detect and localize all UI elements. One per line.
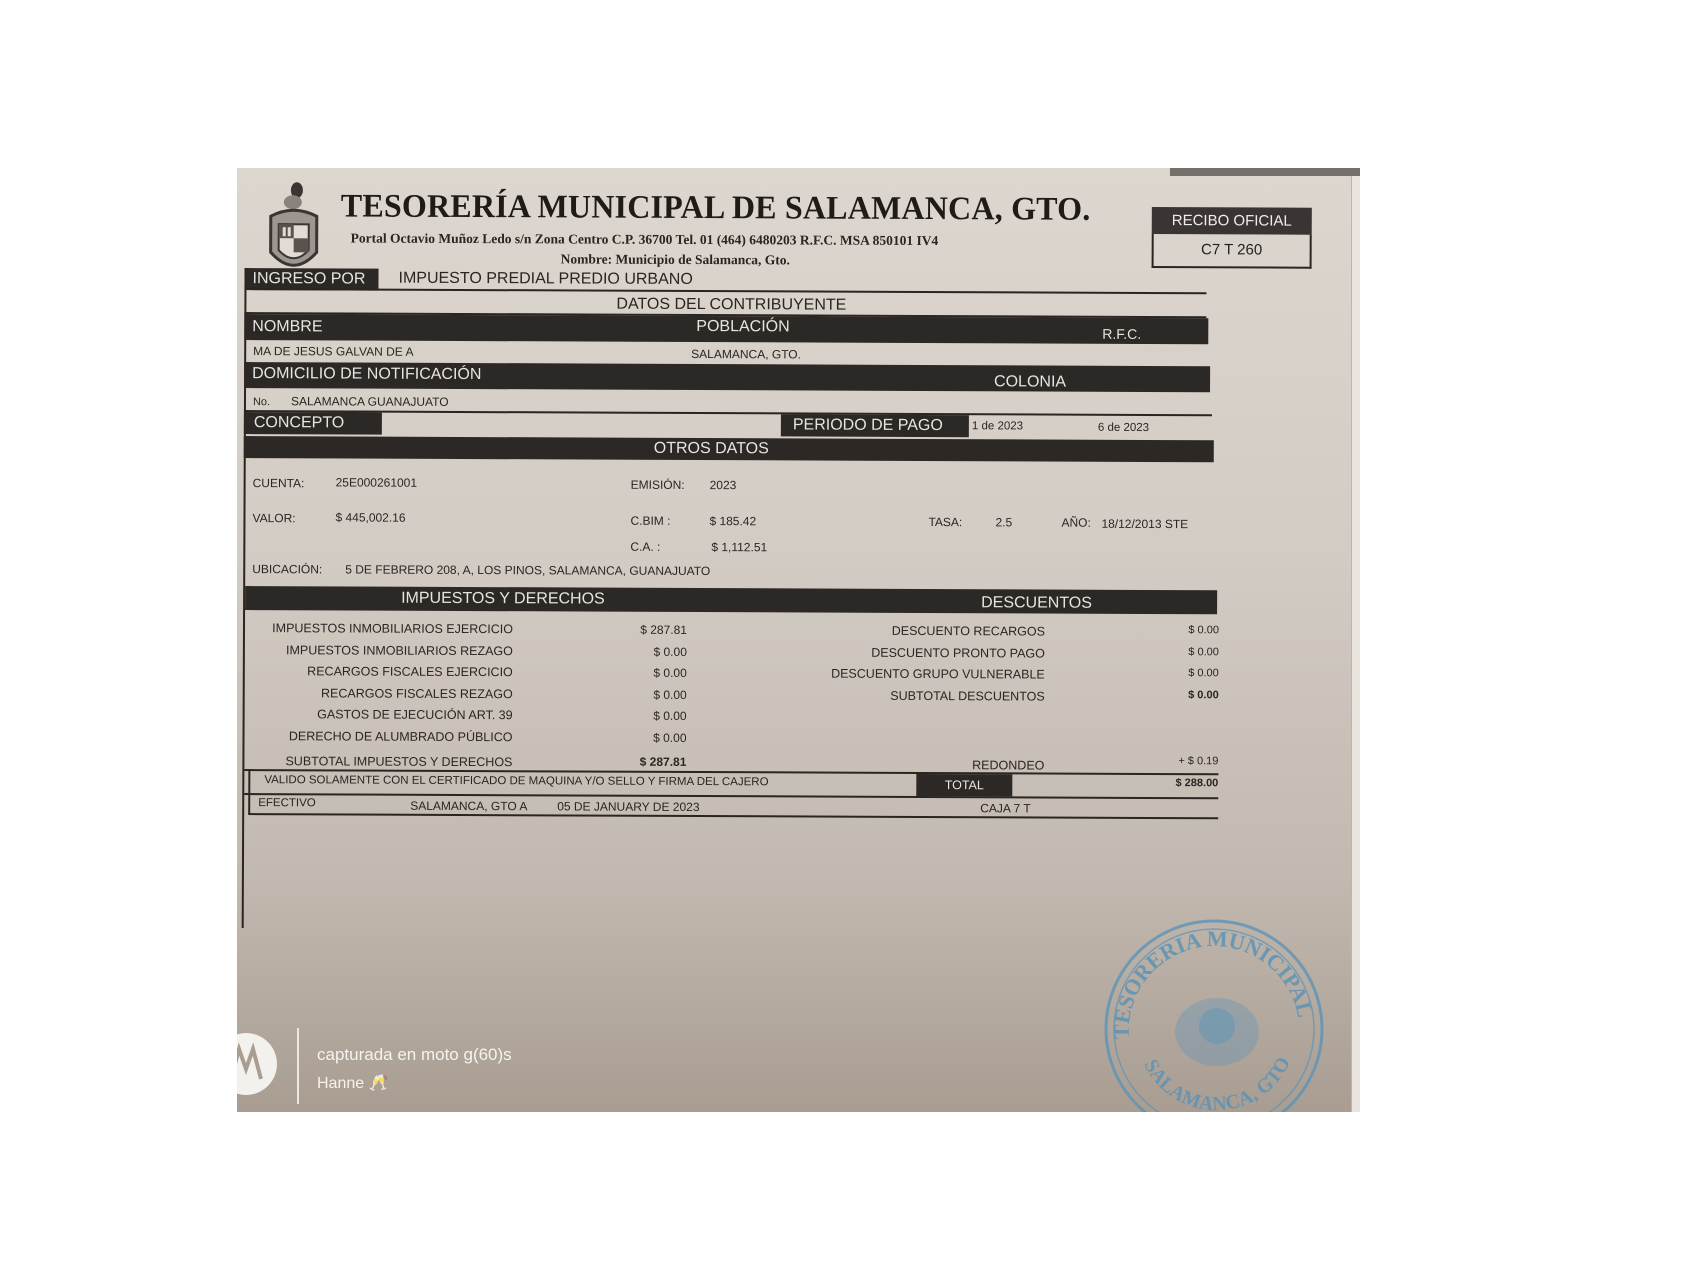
- descuento-item-label: DESCUENTO RECARGOS: [795, 623, 1045, 638]
- caja: CAJA 7 T: [980, 801, 1031, 815]
- concepto-label: CONCEPTO: [244, 412, 382, 435]
- periodo-hasta: 6 de 2023: [1098, 422, 1149, 434]
- redondeo-label: REDONDEO: [854, 758, 1044, 773]
- official-receipt-label: RECIBO OFICIAL: [1152, 207, 1312, 235]
- footer-left-border: [248, 769, 250, 814]
- anio-value: 18/12/2013 STE: [1101, 517, 1188, 531]
- camera-watermark: capturada en moto g(60)s Hanne 🥂: [237, 1013, 637, 1103]
- ubicacion-label: UBICACIÓN:: [252, 562, 322, 576]
- domicilio-label: DOMICILIO DE NOTIFICACIÓN: [252, 365, 481, 384]
- ca-value: $ 1,112.51: [711, 540, 767, 554]
- total-label: TOTAL: [916, 774, 1012, 796]
- cbim-value: $ 185.42: [709, 514, 756, 528]
- treasury-address: Portal Octavio Muñoz Ledo s/n Zona Centr…: [351, 230, 939, 249]
- descuento-item-value: $ 0.00: [1135, 624, 1219, 636]
- cuenta-value: 25E000261001: [336, 475, 417, 489]
- subtotal-impuestos-label: SUBTOTAL IMPUESTOS Y DERECHOS: [254, 754, 512, 769]
- subtotal-descuentos-value: $ 0.00: [1135, 688, 1219, 700]
- domicilio-value: SALAMANCA GUANAJUATO: [291, 394, 449, 409]
- cbim-label: C.BIM :: [630, 514, 670, 528]
- ca-label: C.A. :: [630, 540, 660, 554]
- descuentos-title: DESCUENTOS: [981, 594, 1092, 612]
- descuento-item-label: DESCUENTO GRUPO VULNERABLE: [795, 666, 1045, 681]
- colonia-label: COLONIA: [994, 373, 1066, 391]
- impuestos-title: IMPUESTOS Y DERECHOS: [401, 590, 605, 609]
- subtotal-descuentos-label: SUBTOTAL DESCUENTOS: [795, 688, 1045, 703]
- impuesto-item-value: $ 0.00: [615, 644, 687, 658]
- official-receipt-number: C7 T 260: [1152, 234, 1312, 269]
- rfc-label: R.F.C.: [1102, 326, 1141, 342]
- treasury-stamp: TESORERIA MUNICIPAL SALAMANCA, GTO.: [1099, 914, 1329, 1112]
- receipt-photo: TESORERÍA MUNICIPAL DE SALAMANCA, GTO. P…: [237, 168, 1360, 1112]
- otros-datos-title: OTROS DATOS: [654, 440, 769, 459]
- impuesto-item-value: $ 0.00: [614, 730, 686, 744]
- impuesto-item-value: $ 0.00: [615, 709, 687, 723]
- municipality-name: Nombre: Municipio de Salamanca, Gto.: [561, 251, 790, 268]
- nombre-label: NOMBRE: [252, 318, 322, 336]
- contributor-section-title: DATOS DEL CONTRIBUYENTE: [616, 296, 846, 315]
- impuesto-item-label: RECARGOS FISCALES REZAGO: [255, 686, 513, 701]
- subtotal-impuestos-value: $ 287.81: [614, 755, 686, 769]
- official-receipt-box: RECIBO OFICIAL C7 T 260: [1152, 207, 1312, 278]
- watermark-divider: [297, 1028, 299, 1104]
- descuento-item-value: $ 0.00: [1135, 667, 1219, 679]
- periodo-label: PERIODO DE PAGO: [781, 414, 969, 437]
- payment-place: SALAMANCA, GTO A: [410, 799, 527, 814]
- ubicacion-value: 5 DE FEBRERO 208, A, LOS PINOS, SALAMANC…: [345, 562, 710, 578]
- divider: [244, 793, 1218, 799]
- payment-date: 05 DE JANUARY DE 2023: [557, 799, 699, 814]
- validity-note: VALIDO SOLAMENTE CON EL CERTIFICADO DE M…: [264, 774, 768, 788]
- impuesto-item-label: IMPUESTOS INMOBILIARIOS EJERCICIO: [255, 621, 513, 636]
- emision-label: EMISIÓN:: [631, 478, 685, 492]
- impuesto-item-value: $ 0.00: [615, 666, 687, 680]
- impuesto-item-label: GASTOS DE EJECUCIÓN ART. 39: [255, 707, 513, 722]
- divider: [244, 288, 1206, 294]
- anio-label: AÑO:: [1061, 516, 1090, 530]
- impuesto-item-label: RECARGOS FISCALES EJERCICIO: [255, 664, 513, 679]
- valor-label: VALOR:: [252, 511, 295, 525]
- ingreso-value: IMPUESTO PREDIAL PREDIO URBANO: [398, 270, 692, 289]
- cuenta-label: CUENTA:: [253, 476, 305, 490]
- redondeo-value: + $ 0.19: [1134, 755, 1218, 767]
- domicilio-header-bar: DOMICILIO DE NOTIFICACIÓN COLONIA: [244, 362, 1210, 392]
- descuento-item-value: $ 0.00: [1135, 645, 1219, 657]
- tasa-label: TASA:: [928, 515, 962, 529]
- impuesto-item-value: $ 0.00: [615, 687, 687, 701]
- domicilio-no-label: No.: [253, 396, 270, 408]
- poblacion-value: SALAMANCA, GTO.: [691, 347, 801, 361]
- emision-value: 2023: [710, 478, 737, 492]
- total-value: $ 288.00: [1134, 777, 1218, 789]
- impuesto-item-value: $ 287.81: [615, 623, 687, 637]
- watermark-author: Hanne 🥂: [317, 1073, 389, 1093]
- divider: [244, 410, 1212, 416]
- watermark-device: capturada en moto g(60)s: [317, 1045, 512, 1065]
- tasa-value: 2.5: [995, 515, 1012, 529]
- otros-datos-bar: OTROS DATOS: [244, 436, 1214, 462]
- valor-value: $ 445,002.16: [335, 510, 405, 524]
- impuestos-descuentos-bar: IMPUESTOS Y DERECHOS DESCUENTOS: [245, 586, 1217, 614]
- motorola-logo-icon: [237, 1033, 277, 1095]
- impuesto-item-label: IMPUESTOS INMOBILIARIOS REZAGO: [255, 643, 513, 658]
- poblacion-label: POBLACIÓN: [696, 318, 789, 336]
- descuento-item-label: DESCUENTO PRONTO PAGO: [795, 645, 1045, 660]
- divider: [248, 813, 1218, 819]
- payment-method: EFECTIVO: [258, 797, 316, 809]
- nombre-value: MA DE JESUS GALVAN DE A: [253, 344, 413, 359]
- coat-of-arms-icon: [263, 180, 325, 280]
- impuesto-item-label: DERECHO DE ALUMBRADO PÚBLICO: [254, 729, 512, 744]
- periodo-desde: 1 de 2023: [972, 420, 1023, 432]
- contributor-header-bar: NOMBRE POBLACIÓN R.F.C.: [244, 314, 1208, 344]
- treasury-title: TESORERÍA MUNICIPAL DE SALAMANCA, GTO.: [341, 188, 1091, 228]
